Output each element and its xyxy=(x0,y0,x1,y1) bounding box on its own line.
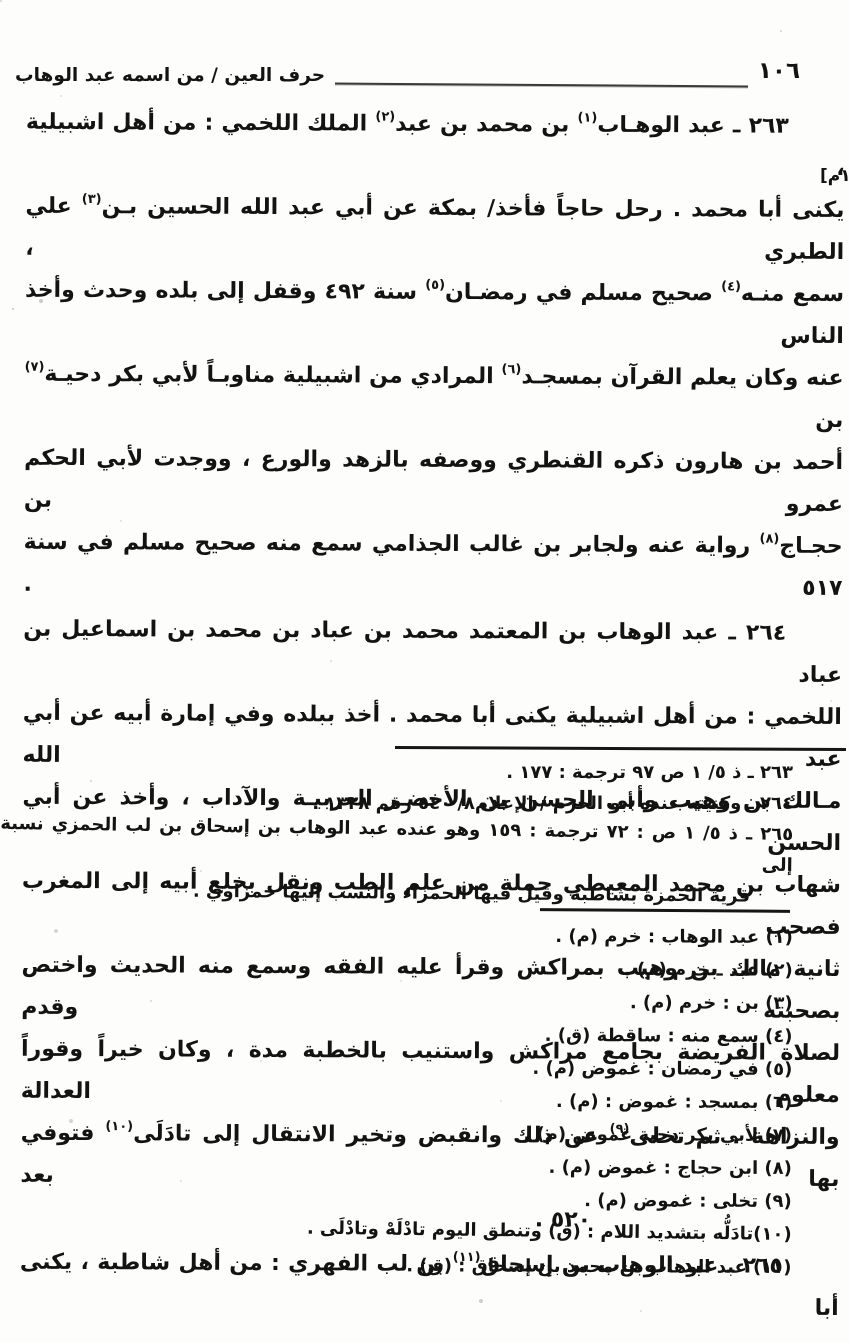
entry-text-line: ٢٦٤ ـ عبد الوهاب بن المعتمد محمد بن عباد… xyxy=(23,609,842,697)
reference-line: قرية الحمزة بشاطبة وقيل فيها الحمزاء وال… xyxy=(0,874,793,912)
footnote-line: (٢) عبد ـ خرم (م) . xyxy=(0,951,793,987)
entry-text-line: أحمد بن هارون ذكره القنطري ووصفه بالزهد … xyxy=(24,438,843,526)
footnote-marker: (١) xyxy=(577,110,597,125)
footnote-line: (١١) عبد الوهاب بن محمد بن إسحاق : (ق) . xyxy=(0,1248,792,1284)
scanned-page: ١٠٦ حرف العين / من اسمه عبد الوهاب [١٥م … xyxy=(0,0,849,1343)
footnotes-container: (١) عبد الوهاب : خرم (م) .(٢) عبد ـ خرم … xyxy=(0,918,793,1284)
footnote-marker: (٥) xyxy=(425,277,445,292)
page-header: ١٠٦ حرف العين / من اسمه عبد الوهاب xyxy=(15,52,800,94)
entry-text-line: عنه وكان يعلم القرآن بمسجـد(٦) المرادي م… xyxy=(24,354,843,442)
entry-text-line: يكنى أبا محمد . رحل حاجاً فأخذ/ بمكة عن … xyxy=(25,186,844,274)
footnote-marker: (٣) xyxy=(82,192,102,207)
biography-entry: ٢٦٣ ـ عبد الوهـاب(١) بن محمد بن عبد(٢) ا… xyxy=(23,102,845,610)
footnote-marker: (٨) xyxy=(759,531,779,546)
header-rule xyxy=(335,83,748,88)
entry-text-line: سمع منـه(٤) صحيح مسلم في رمضـان(٥) سنة ٤… xyxy=(25,270,844,358)
footnote-line: (٤) سمع منه : ساقطة (ق) . xyxy=(0,1017,793,1053)
footnote-line: (٥) في رمضان : غموض (م) . xyxy=(0,1050,792,1086)
footnote-marker: (٢) xyxy=(375,109,395,124)
footnote-line: (٨) ابن حجاج : غموض (م) . xyxy=(0,1149,792,1185)
entry-text-line: ٢٦٣ ـ عبد الوهـاب(١) بن محمد بن عبد(٢) ا… xyxy=(26,102,845,190)
footnote-line: (٣) بن : خرم (م) . xyxy=(0,984,793,1020)
footnote-marker: (٧) xyxy=(25,359,45,374)
reference-line: ٢٦٣ ـ ذ ٥/ ١ ص ٩٧ ترجمة : ١٧٧ . xyxy=(0,757,793,788)
running-title: حرف العين / من اسمه عبد الوهاب xyxy=(15,65,325,86)
page-number: ١٠٦ xyxy=(758,58,800,84)
footnote-marker: (٦) xyxy=(502,362,522,377)
footnote-marker: (٤) xyxy=(721,279,741,294)
footnote-line: (١) عبد الوهاب : خرم (م) . xyxy=(0,918,793,954)
references-container: ٢٦٣ ـ ذ ٥/ ١ ص ٩٧ ترجمة : ١٧٧ .٢٦٤ ـ وكن… xyxy=(0,757,793,912)
entry-text-line: حجـاج(٨) رواية عنه ولجابر بن غالب الجذام… xyxy=(23,522,842,610)
reference-line: ٢٦٥ ـ ذ ٥/ ١ ص : ٧٢ ترجمة : ١٥٩ وهو عنده… xyxy=(0,808,793,881)
footnote-line: (٦) بمسجد : غموض : (م) . xyxy=(0,1083,792,1119)
footnote-line: (٧) لأبي بكر دحية غموض (م) . xyxy=(0,1116,792,1152)
scan-noise-specks xyxy=(0,0,2,2)
